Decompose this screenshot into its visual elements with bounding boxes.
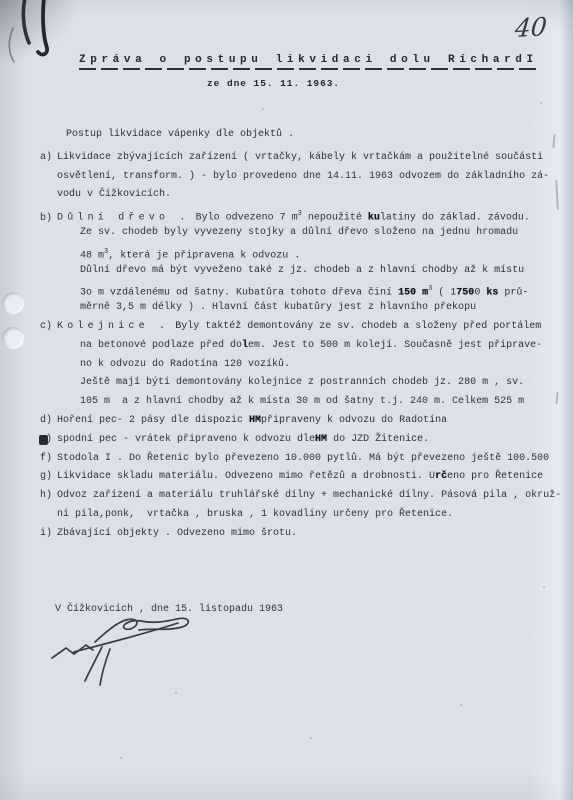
doc-line: osvětlení, transform. ) - bylo provedeno… [40, 168, 567, 187]
doc-text-segment: ku [368, 213, 380, 224]
doc-line: 105 m a z hlavní chodby až k místa 30 m … [40, 393, 567, 412]
doc-line: měrně 3,5 m délky ) . Hlavní část kubatů… [40, 299, 567, 318]
doc-text-segment: HM [315, 434, 327, 445]
doc-text-segment: Důlní dřevo má být vyveženo také z jz. c… [80, 265, 524, 276]
doc-text-segment: em. Jest to 500 m kolejí. Současně jest … [248, 340, 542, 351]
doc-text-segment: Stodola I . Do Řetenic bylo převezeno 10… [57, 453, 549, 464]
item-marker: d) [40, 412, 57, 431]
doc-text-segment: na betonové podlaze před do [80, 340, 242, 351]
doc-line: Ještě mají býti demontovány kolejnice z … [40, 374, 567, 393]
doc-text-segment: , která je připravena k odvozu . [108, 250, 300, 261]
doc-line: h)Odvoz zařízení a materiálu truhlářské … [40, 487, 567, 506]
doc-text-segment: 105 m a z hlavní chodby až k místa 30 m … [80, 396, 524, 407]
doc-text-segment: Zbávající objekty . Odvezeno mimo šrotu. [57, 528, 297, 539]
doc-text-segment: prů- [498, 288, 528, 299]
doc-line: g)Likvidace skladu materiálu. Odvezeno m… [40, 468, 567, 487]
paper-speck [543, 586, 545, 588]
handwritten-page-number: 40 [514, 12, 548, 43]
doc-text-segment: Ze sv. chodeb byly vyvezeny stojky a důl… [80, 227, 518, 238]
doc-text-segment: 0 [474, 288, 486, 299]
doc-text-segment: do JZD Žitenice. [327, 434, 429, 445]
doc-line: 3o m vzdálenému od šatny. Kubatůra tohot… [40, 280, 567, 299]
doc-text-segment: připraveny k odvozu do Radotína [261, 415, 447, 426]
doc-text-segment: nepoužité [302, 213, 368, 224]
doc-line: Ze sv. chodeb byly vyvezeny stojky a důl… [40, 224, 567, 243]
doc-text-segment: Ještě mají býti demontovány kolejnice z … [80, 377, 524, 388]
doc-line: c)Kolejnice . Byly taktéž demontovány ze… [40, 318, 567, 337]
doc-text-segment: rč [435, 471, 447, 482]
paper-speck [262, 108, 264, 110]
doc-text-segment: Hoření pec- 2 pásy dle dispozic [57, 415, 249, 426]
paper-speck [540, 102, 542, 104]
doc-text-segment: 48 m [80, 250, 104, 261]
item-marker: b) [40, 210, 57, 229]
document-date-subtitle: ze dne 15. 11. 1963. [207, 78, 340, 89]
doc-line: Důlní dřevo má být vyveženo také z jz. c… [40, 262, 567, 281]
item-marker: f) [40, 450, 57, 469]
doc-text-segment: spodní pec - vrátek připraveno k odvozu … [57, 434, 315, 445]
doc-line: no k odvozu do Radotína 120 vozíků. [40, 356, 567, 375]
doc-text-segment: Odvoz zařízení a materiálu truhlářské dí… [57, 490, 561, 501]
doc-text-segment: Byly taktéž demontovány ze sv. chodeb a … [169, 321, 541, 332]
doc-text-segment: Bylo odvezeno 7 m [190, 213, 298, 224]
doc-text-segment: Likvidace skladu materiálu. Odvezeno mim… [57, 471, 435, 482]
doc-line: vodu v Čížkovicích. [40, 186, 567, 205]
doc-text-segment: eno pro Řetenice [447, 471, 543, 482]
document-title: Zpráva o postupu likvidaci dolu RíchardI [79, 54, 538, 70]
doc-line: d)Hoření pec- 2 pásy dle dispozic HMpřip… [40, 412, 567, 431]
paper-speck [120, 757, 122, 759]
document-lines: Postup likvidace vápenky dle objektů .a)… [40, 126, 567, 544]
doc-text-segment: latiny do základ. závodu. [380, 213, 530, 224]
doc-text-segment: ní pila,ponk, vrtačka , bruska , 1 kovad… [57, 509, 453, 520]
doc-text-segment: no k odvozu do Radotína 120 vozíků. [80, 359, 290, 370]
doc-text-segment: Kolejnice . [57, 321, 169, 332]
doc-text-segment: ks [486, 288, 498, 299]
doc-line: i)Zbávající objekty . Odvezeno mimo šrot… [40, 525, 567, 544]
doc-line: Postup likvidace vápenky dle objektů . [40, 126, 567, 145]
doc-text-segment: Postup likvidace vápenky dle objektů . [66, 129, 294, 140]
item-marker: h) [40, 487, 57, 506]
hole-punch [2, 292, 24, 314]
item-marker: a) [40, 149, 57, 168]
doc-line: f)Stodola I . Do Řetenic bylo převezeno … [40, 450, 567, 469]
doc-line: e)spodní pec - vrátek připraveno k odvoz… [40, 431, 567, 450]
doc-line: na betonové podlaze před dolem. Jest to … [40, 337, 567, 356]
doc-text-segment: 150 m [398, 288, 428, 299]
doc-text-segment: vodu v Čížkovicích. [57, 189, 171, 200]
doc-line: 48 m3, která je připravena k odvozu . [40, 243, 567, 262]
paper-speck [310, 737, 312, 739]
doc-text-segment: osvětlení, transform. ) - bylo provedeno… [57, 171, 549, 182]
paper-speck [175, 692, 177, 694]
item-marker: c) [40, 318, 57, 337]
doc-line: a)Likvidace zbývajících zařízení ( vrtač… [40, 149, 567, 168]
doc-text-segment: měrně 3,5 m délky ) . Hlavní část kubatů… [80, 302, 476, 313]
doc-line: b)Důlní dřevo . Bylo odvezeno 7 m3 nepou… [40, 205, 567, 224]
item-marker: g) [40, 468, 57, 487]
scanned-document-page: 40 Zpráva o postupu likvidaci dolu Rícha… [0, 0, 573, 800]
handwritten-signature [40, 600, 210, 700]
doc-text-segment: Důlní dřevo . [57, 213, 190, 224]
doc-line: ní pila,ponk, vrtačka , bruska , 1 kovad… [40, 506, 567, 525]
staple-mark [0, 0, 70, 78]
doc-text-segment: HM [249, 415, 261, 426]
item-marker: i) [40, 525, 57, 544]
item-marker: e) [40, 431, 57, 450]
doc-text-segment: Likvidace zbývajících zařízení ( vrtačky… [57, 152, 543, 163]
paper-speck [460, 704, 462, 706]
doc-text-segment: 750 [456, 288, 474, 299]
doc-text-segment: ( 1 [432, 288, 456, 299]
hole-punch [2, 327, 24, 349]
doc-text-segment: 3o m vzdálenému od šatny. Kubatůra tohot… [80, 288, 398, 299]
